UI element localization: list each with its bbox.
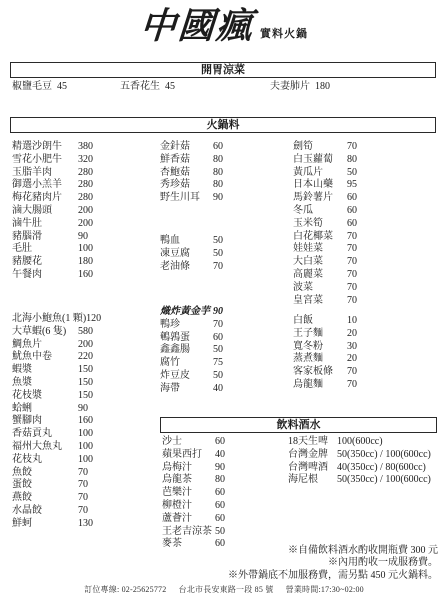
item-name: 午餐肉 xyxy=(12,269,78,282)
menu-item: 蛤蜊90 xyxy=(12,403,101,416)
hotpot-column3-vegetables: 劍筍70白玉蘿蔔80黃瓜片50日本山藥95馬鈴薯片60冬瓜60玉米筍60白花椰菜… xyxy=(293,141,357,307)
item-price: 20 xyxy=(347,328,357,341)
item-price: 160 xyxy=(78,415,93,428)
menu-item: 花枝漿150 xyxy=(12,390,101,403)
item-name: 皇宮菜 xyxy=(293,295,347,308)
item-price: 60 xyxy=(347,205,357,218)
item-name: 梅花豬肉片 xyxy=(12,192,78,205)
item-price: 70 xyxy=(347,243,357,256)
item-price: 80 xyxy=(213,154,223,167)
item-name: 馬鈴薯片 xyxy=(293,192,347,205)
item-price: 280 xyxy=(78,192,93,205)
menu-item: 杏鮑菇80 xyxy=(160,167,223,180)
item-price: 130 xyxy=(78,518,93,531)
item-name: 柳橙汁 xyxy=(162,500,215,513)
menu-item: 柳橙汁60 xyxy=(162,500,225,513)
item-price: 70 xyxy=(347,282,357,295)
item-name: 蒸煮麵 xyxy=(293,353,347,366)
item-name: 大草蝦(6 隻) xyxy=(12,326,78,339)
menu-item: 馬鈴薯片60 xyxy=(293,192,357,205)
item-price: 90 xyxy=(78,403,88,416)
item-price: 50 xyxy=(215,526,225,539)
menu-item: 台灣金牌50(350cc) / 100(600cc) xyxy=(288,449,431,462)
item-price: 180 xyxy=(78,256,93,269)
item-name: 野生川耳 xyxy=(160,192,213,205)
item-name: 白飯 xyxy=(293,315,347,328)
item-price: 60 xyxy=(215,436,225,449)
item-price: 60 xyxy=(215,500,225,513)
item-name: 烏龍茶 xyxy=(162,474,215,487)
item-name: 魷魚中卷 xyxy=(12,351,78,364)
item-price: 70 xyxy=(347,379,357,392)
item-name: 御選小羔羊 xyxy=(12,179,78,192)
item-name: 鴨珍 xyxy=(160,319,213,332)
menu-item: 梅花豬肉片280 xyxy=(12,192,93,205)
item-price: 100(600cc) xyxy=(337,436,383,449)
section-header-hotpot: 火鍋料 xyxy=(10,117,436,133)
menu-item: 夫妻肺片180 xyxy=(270,81,330,94)
item-name: 蘆薈汁 xyxy=(162,513,215,526)
item-price: 90 xyxy=(78,231,88,244)
item-price: 280 xyxy=(78,167,93,180)
menu-item: 蘆薈汁60 xyxy=(162,513,225,526)
item-name: 鑫鑫腸 xyxy=(160,344,213,357)
item-name: 沙士 xyxy=(162,436,215,449)
menu-item: 蘋果西打40 xyxy=(162,449,225,462)
item-price: 150 xyxy=(78,390,93,403)
item-name: 雪花小肥牛 xyxy=(12,154,78,167)
item-name: 老油條 xyxy=(160,261,213,274)
section-header-drinks: 飲料酒水 xyxy=(160,417,437,433)
hotpot-column2-mushrooms: 金針菇60鮮香菇80杏鮑菇80秀珍菇80野生川耳90 xyxy=(160,141,223,205)
menu-item: 花枝丸100 xyxy=(12,454,101,467)
item-price: 50(350cc) / 100(600cc) xyxy=(337,449,431,462)
item-price: 45 xyxy=(57,81,67,94)
menu-item: 凍豆腐50 xyxy=(160,248,223,261)
menu-item: 蟹腳肉160 xyxy=(12,415,101,428)
hotpot-column1-seafood: 北海小鮑魚(1 顆)120大草蝦(6 隻)580鯛魚片200魷魚中卷220蝦漿1… xyxy=(12,313,101,531)
item-name: 水晶餃 xyxy=(12,505,78,518)
menu-item: 腐竹75 xyxy=(160,357,223,370)
item-name: 豬腰花 xyxy=(12,256,78,269)
menu-page: 中國瘋 實料火鍋 開胃涼菜 椒鹽毛豆45五香花生45夫妻肺片180 火鍋料 精選… xyxy=(0,0,448,600)
item-price: 80 xyxy=(347,154,357,167)
hotpot-column3-staples: 白飯10王子麵20寬冬粉30蒸煮麵20客家板條70烏龍麵70 xyxy=(293,315,357,392)
item-price: 50 xyxy=(347,167,357,180)
item-name: 香菇貢丸 xyxy=(12,428,78,441)
menu-item: 豬腰花180 xyxy=(12,256,93,269)
item-name: 娃娃菜 xyxy=(293,243,347,256)
item-name: 花枝漿 xyxy=(12,390,78,403)
item-price: 70 xyxy=(78,479,88,492)
item-price: 70 xyxy=(78,505,88,518)
menu-item: 雪花小肥牛320 xyxy=(12,154,93,167)
menu-item: 大草蝦(6 隻)580 xyxy=(12,326,101,339)
item-price: 70 xyxy=(347,231,357,244)
menu-item: 蝦漿150 xyxy=(12,364,101,377)
address: 台北市長安東路一段 85 號 xyxy=(179,585,274,594)
menu-item: 白飯10 xyxy=(293,315,357,328)
item-name: 玉脂羊肉 xyxy=(12,167,78,180)
item-price: 70 xyxy=(347,141,357,154)
item-price: 70 xyxy=(78,492,88,505)
item-name: 炸豆皮 xyxy=(160,370,213,383)
menu-item: 白花椰菜70 xyxy=(293,231,357,244)
item-price: 60 xyxy=(215,538,225,551)
item-price: 45 xyxy=(165,81,175,94)
menu-item: 精選沙朗牛380 xyxy=(12,141,93,154)
drinks-alcohol-column: 18天生啤100(600cc)台灣金牌50(350cc) / 100(600cc… xyxy=(288,436,431,487)
item-price: 70 xyxy=(78,467,88,480)
item-name: 魚漿 xyxy=(12,377,78,390)
item-name: 冬瓜 xyxy=(293,205,347,218)
menu-item: 鮮蚵130 xyxy=(12,518,101,531)
item-price: 70 xyxy=(213,319,223,332)
menu-item: 白玉蘿蔔80 xyxy=(293,154,357,167)
item-name: 海帶 xyxy=(160,383,213,396)
menu-item: 鴨血50 xyxy=(160,235,223,248)
item-price: 580 xyxy=(78,326,93,339)
section-header-appetizers: 開胃涼菜 xyxy=(10,62,436,78)
menu-notes: ※自備飲料酒水酌收開瓶費 300 元 ※內用酌收一成服務費。 ※外帶鍋底不加服務… xyxy=(228,545,438,582)
menu-item: 烏梅汁90 xyxy=(162,462,225,475)
item-price: 40 xyxy=(215,449,225,462)
menu-item: 劍筍70 xyxy=(293,141,357,154)
footer-info: 訂位專線: 02-25625772 台北市長安東路一段 85 號 營業時間:17… xyxy=(0,584,448,595)
menu-item: 豬腦滑90 xyxy=(12,231,93,244)
item-name: 燕餃 xyxy=(12,492,78,505)
item-price: 60 xyxy=(347,218,357,231)
menu-item: 烏龍麵70 xyxy=(293,379,357,392)
menu-item: 鴨珍70 xyxy=(160,319,223,332)
item-name: 鮮香菇 xyxy=(160,154,213,167)
item-name: 鯛魚片 xyxy=(12,339,78,352)
item-name: 蛋餃 xyxy=(12,479,78,492)
hotpot-column1-meats: 精選沙朗牛380雪花小肥牛320玉脂羊肉280御選小羔羊280梅花豬肉片280滷… xyxy=(12,141,93,282)
item-price: 90 xyxy=(213,306,223,319)
item-price: 160 xyxy=(78,269,93,282)
item-name: 客家板條 xyxy=(293,366,347,379)
item-name: 蘋果西打 xyxy=(162,449,215,462)
item-name: 台灣啤酒 xyxy=(288,462,337,475)
item-name: 滷大腸頭 xyxy=(12,205,78,218)
menu-item: 海帶40 xyxy=(160,383,223,396)
item-price: 60 xyxy=(215,513,225,526)
item-price: 40 xyxy=(213,383,223,396)
item-price: 60 xyxy=(347,192,357,205)
item-price: 30 xyxy=(347,341,357,354)
item-name: 夫妻肺片 xyxy=(270,81,310,94)
item-name: 豬腦滑 xyxy=(12,231,78,244)
menu-item: 海尼根50(350cc) / 100(600cc) xyxy=(288,474,431,487)
note-service-charge: ※內用酌收一成服務費。 xyxy=(228,557,438,569)
item-price: 100 xyxy=(78,441,93,454)
item-price: 200 xyxy=(78,218,93,231)
item-price: 60 xyxy=(213,332,223,345)
menu-item: 烏龍茶80 xyxy=(162,474,225,487)
item-price: 70 xyxy=(347,295,357,308)
item-name: 王子麵 xyxy=(293,328,347,341)
menu-item: 水晶餃70 xyxy=(12,505,101,518)
menu-item: 客家板條70 xyxy=(293,366,357,379)
item-name: 麥茶 xyxy=(162,538,215,551)
item-name: 烏龍麵 xyxy=(293,379,347,392)
menu-item: 燕餃70 xyxy=(12,492,101,505)
logo-text: 中國瘋 xyxy=(139,6,256,46)
item-name: 精選沙朗牛 xyxy=(12,141,78,154)
hotpot-column2-specials: 熾炸黃金芋90鴨珍70鵪鶉蛋60鑫鑫腸50腐竹75炸豆皮50海帶40 xyxy=(160,306,223,396)
item-name: 北海小鮑魚(1 顆) xyxy=(12,313,86,326)
item-name: 五香花生 xyxy=(120,81,160,94)
item-name: 18天生啤 xyxy=(288,436,337,449)
note-takeout: ※外帶鍋底不加服務費，需另點 450 元火鍋料。 xyxy=(228,570,438,582)
item-price: 280 xyxy=(78,179,93,192)
item-price: 70 xyxy=(213,261,223,274)
item-name: 蛤蜊 xyxy=(12,403,78,416)
item-name: 寬冬粉 xyxy=(293,341,347,354)
menu-item: 午餐肉160 xyxy=(12,269,93,282)
item-price: 50 xyxy=(213,248,223,261)
business-hours: 營業時間:17:30~02:00 xyxy=(286,585,364,594)
menu-item: 黃瓜片50 xyxy=(293,167,357,180)
item-name: 芭樂汁 xyxy=(162,487,215,500)
logo-tagline: 實料火鍋 xyxy=(260,25,308,41)
item-name: 福州大魚丸 xyxy=(12,441,78,454)
item-name: 日本山藥 xyxy=(293,179,347,192)
item-price: 10 xyxy=(347,315,357,328)
item-price: 100 xyxy=(78,454,93,467)
item-price: 380 xyxy=(78,141,93,154)
item-name: 魚餃 xyxy=(12,467,78,480)
menu-item: 魷魚中卷220 xyxy=(12,351,101,364)
item-name: 波菜 xyxy=(293,282,347,295)
item-price: 90 xyxy=(213,192,223,205)
menu-item: 魚餃70 xyxy=(12,467,101,480)
item-name: 蟹腳肉 xyxy=(12,415,78,428)
item-name: 金針菇 xyxy=(160,141,213,154)
item-name: 白花椰菜 xyxy=(293,231,347,244)
menu-item: 鯛魚片200 xyxy=(12,339,101,352)
menu-item: 大白菜70 xyxy=(293,256,357,269)
item-name: 秀珍菇 xyxy=(160,179,213,192)
menu-item: 波菜70 xyxy=(293,282,357,295)
menu-item: 寬冬粉30 xyxy=(293,341,357,354)
menu-item: 炸豆皮50 xyxy=(160,370,223,383)
item-name: 台灣金牌 xyxy=(288,449,337,462)
menu-item: 玉脂羊肉280 xyxy=(12,167,93,180)
menu-item: 鮮香菇80 xyxy=(160,154,223,167)
note-corkage: ※自備飲料酒水酌收開瓶費 300 元 xyxy=(228,545,438,557)
reservation-phone: 訂位專線: 02-25625772 xyxy=(84,585,166,594)
item-price: 100 xyxy=(78,428,93,441)
item-name: 椒鹽毛豆 xyxy=(12,81,52,94)
item-name: 烏梅汁 xyxy=(162,462,215,475)
item-price: 50 xyxy=(213,370,223,383)
menu-item: 金針菇60 xyxy=(160,141,223,154)
item-name: 毛肚 xyxy=(12,243,78,256)
menu-item: 芭樂汁60 xyxy=(162,487,225,500)
menu-item: 五香花生45 xyxy=(120,81,175,94)
menu-item: 皇宮菜70 xyxy=(293,295,357,308)
item-price: 60 xyxy=(215,487,225,500)
item-name: 鮮蚵 xyxy=(12,518,78,531)
item-price: 50 xyxy=(213,235,223,248)
item-name: 杏鮑菇 xyxy=(160,167,213,180)
menu-item: 蛋餃70 xyxy=(12,479,101,492)
section-title: 飲料酒水 xyxy=(277,419,321,431)
item-name: 腐竹 xyxy=(160,357,213,370)
menu-item: 王子麵20 xyxy=(293,328,357,341)
menu-item: 娃娃菜70 xyxy=(293,243,357,256)
menu-item: 秀珍菇80 xyxy=(160,179,223,192)
section-title: 開胃涼菜 xyxy=(201,64,245,76)
item-price: 180 xyxy=(315,81,330,94)
item-price: 40(350cc) / 80(600cc) xyxy=(337,462,426,475)
menu-item: 北海小鮑魚(1 顆)120 xyxy=(12,313,101,326)
drinks-soft-column: 沙士60蘋果西打40烏梅汁90烏龍茶80芭樂汁60柳橙汁60蘆薈汁60王老吉涼茶… xyxy=(162,436,225,551)
item-price: 50 xyxy=(213,344,223,357)
item-price: 200 xyxy=(78,339,93,352)
item-price: 120 xyxy=(86,313,101,326)
item-price: 100 xyxy=(78,243,93,256)
item-name: 凍豆腐 xyxy=(160,248,213,261)
item-price: 70 xyxy=(347,366,357,379)
menu-item: 鵪鶉蛋60 xyxy=(160,332,223,345)
item-price: 20 xyxy=(347,353,357,366)
menu-item: 野生川耳90 xyxy=(160,192,223,205)
item-price: 90 xyxy=(215,462,225,475)
menu-item: 福州大魚丸100 xyxy=(12,441,101,454)
item-price: 200 xyxy=(78,205,93,218)
menu-item: 蒸煮麵20 xyxy=(293,353,357,366)
item-name: 滷牛肚 xyxy=(12,218,78,231)
menu-item: 日本山藥95 xyxy=(293,179,357,192)
menu-item: 毛肚100 xyxy=(12,243,93,256)
menu-item: 麥茶60 xyxy=(162,538,225,551)
menu-item: 滷牛肚200 xyxy=(12,218,93,231)
item-name: 玉米筍 xyxy=(293,218,347,231)
menu-item: 魚漿150 xyxy=(12,377,101,390)
item-name: 黃瓜片 xyxy=(293,167,347,180)
item-name: 蝦漿 xyxy=(12,364,78,377)
item-price: 80 xyxy=(215,474,225,487)
menu-item: 鑫鑫腸50 xyxy=(160,344,223,357)
item-name: 海尼根 xyxy=(288,474,337,487)
menu-item: 玉米筍60 xyxy=(293,218,357,231)
item-name: 花枝丸 xyxy=(12,454,78,467)
menu-item: 王老吉涼茶50 xyxy=(162,526,225,539)
item-name: 鵪鶉蛋 xyxy=(160,332,213,345)
item-price: 80 xyxy=(213,167,223,180)
item-name: 熾炸黃金芋 xyxy=(160,306,213,319)
menu-item: 沙士60 xyxy=(162,436,225,449)
item-price: 320 xyxy=(78,154,93,167)
item-price: 95 xyxy=(347,179,357,192)
item-price: 150 xyxy=(78,364,93,377)
item-name: 鴨血 xyxy=(160,235,213,248)
item-name: 大白菜 xyxy=(293,256,347,269)
item-price: 70 xyxy=(347,256,357,269)
menu-item: 熾炸黃金芋90 xyxy=(160,306,223,319)
menu-item: 椒鹽毛豆45 xyxy=(12,81,67,94)
item-price: 60 xyxy=(213,141,223,154)
menu-item: 御選小羔羊280 xyxy=(12,179,93,192)
restaurant-logo: 中國瘋 實料火鍋 xyxy=(0,6,448,46)
item-name: 高麗菜 xyxy=(293,269,347,282)
item-price: 70 xyxy=(347,269,357,282)
item-price: 220 xyxy=(78,351,93,364)
hotpot-column2-tofu: 鴨血50凍豆腐50老油條70 xyxy=(160,235,223,273)
menu-item: 台灣啤酒40(350cc) / 80(600cc) xyxy=(288,462,431,475)
item-price: 50(350cc) / 100(600cc) xyxy=(337,474,431,487)
appetizer-items: 椒鹽毛豆45五香花生45夫妻肺片180 xyxy=(0,81,448,95)
item-name: 劍筍 xyxy=(293,141,347,154)
menu-item: 老油條70 xyxy=(160,261,223,274)
item-price: 150 xyxy=(78,377,93,390)
menu-item: 香菇貢丸100 xyxy=(12,428,101,441)
menu-item: 滷大腸頭200 xyxy=(12,205,93,218)
item-price: 80 xyxy=(213,179,223,192)
menu-item: 冬瓜60 xyxy=(293,205,357,218)
menu-item: 高麗菜70 xyxy=(293,269,357,282)
section-title: 火鍋料 xyxy=(207,119,240,131)
item-price: 75 xyxy=(213,357,223,370)
item-name: 王老吉涼茶 xyxy=(162,526,215,539)
menu-item: 18天生啤100(600cc) xyxy=(288,436,431,449)
item-name: 白玉蘿蔔 xyxy=(293,154,347,167)
